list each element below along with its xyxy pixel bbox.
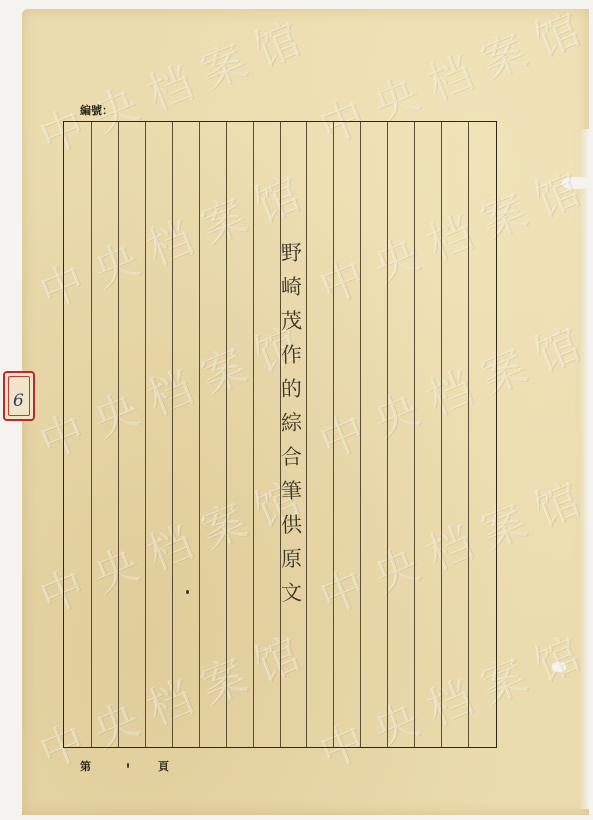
grid-column-line bbox=[468, 122, 469, 747]
side-stamp: 6 bbox=[3, 371, 35, 421]
grid-column-line bbox=[333, 122, 334, 747]
grid-column-line bbox=[199, 122, 200, 747]
grid-column-line bbox=[387, 122, 388, 747]
grid-column-line bbox=[226, 122, 227, 747]
ink-spot bbox=[127, 763, 129, 768]
handwritten-char: 野 bbox=[280, 243, 302, 265]
grid-column-line bbox=[306, 122, 307, 747]
handwritten-char: 原 bbox=[280, 549, 302, 571]
handwritten-title: 野崎茂作的綜合筆供原文 bbox=[276, 243, 306, 604]
handwritten-char: 作 bbox=[280, 345, 302, 367]
handwritten-char: 崎 bbox=[280, 277, 302, 299]
stamp-number: 6 bbox=[13, 391, 24, 411]
ink-spot bbox=[186, 590, 189, 594]
grid-column-line bbox=[172, 122, 173, 747]
handwritten-char: 供 bbox=[280, 515, 302, 537]
grid-column-line bbox=[118, 122, 119, 747]
handwritten-char: 合 bbox=[280, 447, 302, 469]
grid-column-line bbox=[253, 122, 254, 747]
handwritten-char: 筆 bbox=[280, 481, 302, 503]
page-label-prefix: 第 bbox=[80, 758, 91, 774]
grid-column-line bbox=[414, 122, 415, 747]
handwritten-char: 綜 bbox=[280, 413, 302, 435]
serial-number-label: 編號： bbox=[80, 102, 113, 118]
handwritten-char: 茂 bbox=[280, 311, 302, 333]
grid-column-line bbox=[145, 122, 146, 747]
page-label-suffix: 頁 bbox=[158, 758, 169, 774]
grid-column-line bbox=[441, 122, 442, 747]
handwritten-char: 的 bbox=[280, 379, 302, 401]
grid-column-line bbox=[91, 122, 92, 747]
grid-column-line bbox=[360, 122, 361, 747]
handwritten-char: 文 bbox=[280, 583, 302, 605]
